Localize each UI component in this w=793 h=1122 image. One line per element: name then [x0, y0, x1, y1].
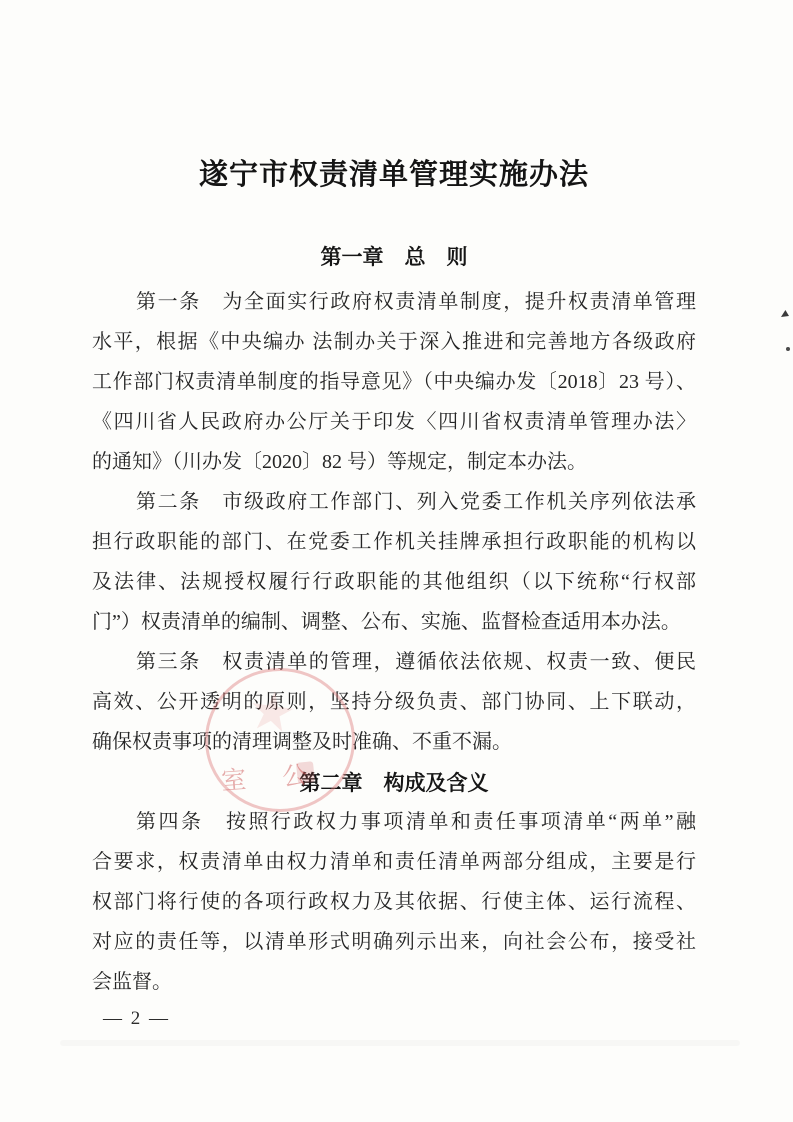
chapter-2-heading: 第二章 构成及含义 [92, 764, 696, 804]
document-title: 遂宁市权责清单管理实施办法 [92, 152, 696, 193]
text-line: 《四川省人民政府办公厅关于印发〈四川省权责清单管理办法〉 [92, 402, 696, 442]
article-3: 第三条 权责清单的管理，遵循依法依规、权责一致、便民 高效、公开透明的原则，坚持… [92, 642, 696, 762]
article-4: 第四条 按照行政权力事项清单和责任事项清单“两单”融 合要求，权责清单由权力清单… [92, 802, 696, 1002]
text-line: 第三条 权责清单的管理，遵循依法依规、权责一致、便民 [92, 642, 696, 682]
article-2: 第二条 市级政府工作部门、列入党委工作机关序列依法承 担行政职能的部门、在党委工… [92, 482, 696, 642]
text-line: 权部门将行使的各项行政权力及其依据、行使主体、运行流程、 [92, 882, 696, 922]
text-line: 高效、公开透明的原则，坚持分级负责、部门协同、上下联动， [92, 682, 696, 722]
text-line: 合要求，权责清单由权力清单和责任清单两部分组成，主要是行 [92, 842, 696, 882]
text-line: 第一条 为全面实行政府权责清单制度，提升权责清单管理 [92, 282, 696, 322]
text-line: 工作部门权责清单制度的指导意见》（中央编办发〔2018〕23 号）、 [92, 362, 696, 402]
scan-artifact-speck [786, 347, 790, 351]
text-line: 担行政职能的部门、在党委工作机关挂牌承担行政职能的机构以 [92, 522, 696, 562]
scan-artifact-speck [781, 310, 789, 317]
article-1: 第一条 为全面实行政府权责清单制度，提升权责清单管理 水平，根据《中央编办 法制… [92, 282, 696, 482]
official-seal-partial-character [296, 761, 315, 784]
text-line: 对应的责任等，以清单形式明确列示出来，向社会公布，接受社 [92, 922, 696, 962]
text-line: 的通知》（川办发〔2020〕82 号）等规定，制定本办法。 [92, 442, 696, 482]
scan-artifact-smudge [60, 1040, 740, 1046]
text-line: 水平，根据《中央编办 法制办关于深入推进和完善地方各级政府 [92, 322, 696, 362]
page-number: — 2 — [103, 1008, 170, 1030]
text-line: 会监督。 [92, 962, 696, 1002]
text-line: 及法律、法规授权履行行政职能的其他组织（以下统称“行权部 [92, 562, 696, 602]
text-line: 门”）权责清单的编制、调整、公布、实施、监督检查适用本办法。 [92, 602, 696, 642]
text-line: 第四条 按照行政权力事项清单和责任事项清单“两单”融 [92, 802, 696, 842]
text-line: 第二条 市级政府工作部门、列入党委工作机关序列依法承 [92, 482, 696, 522]
text-line: 确保权责事项的清理调整及时准确、不重不漏。 [92, 722, 696, 762]
document-page: 遂宁市权责清单管理实施办法 第一章 总 则 第一条 为全面实行政府权责清单制度，… [0, 0, 793, 1122]
chapter-1-heading: 第一章 总 则 [92, 238, 696, 278]
